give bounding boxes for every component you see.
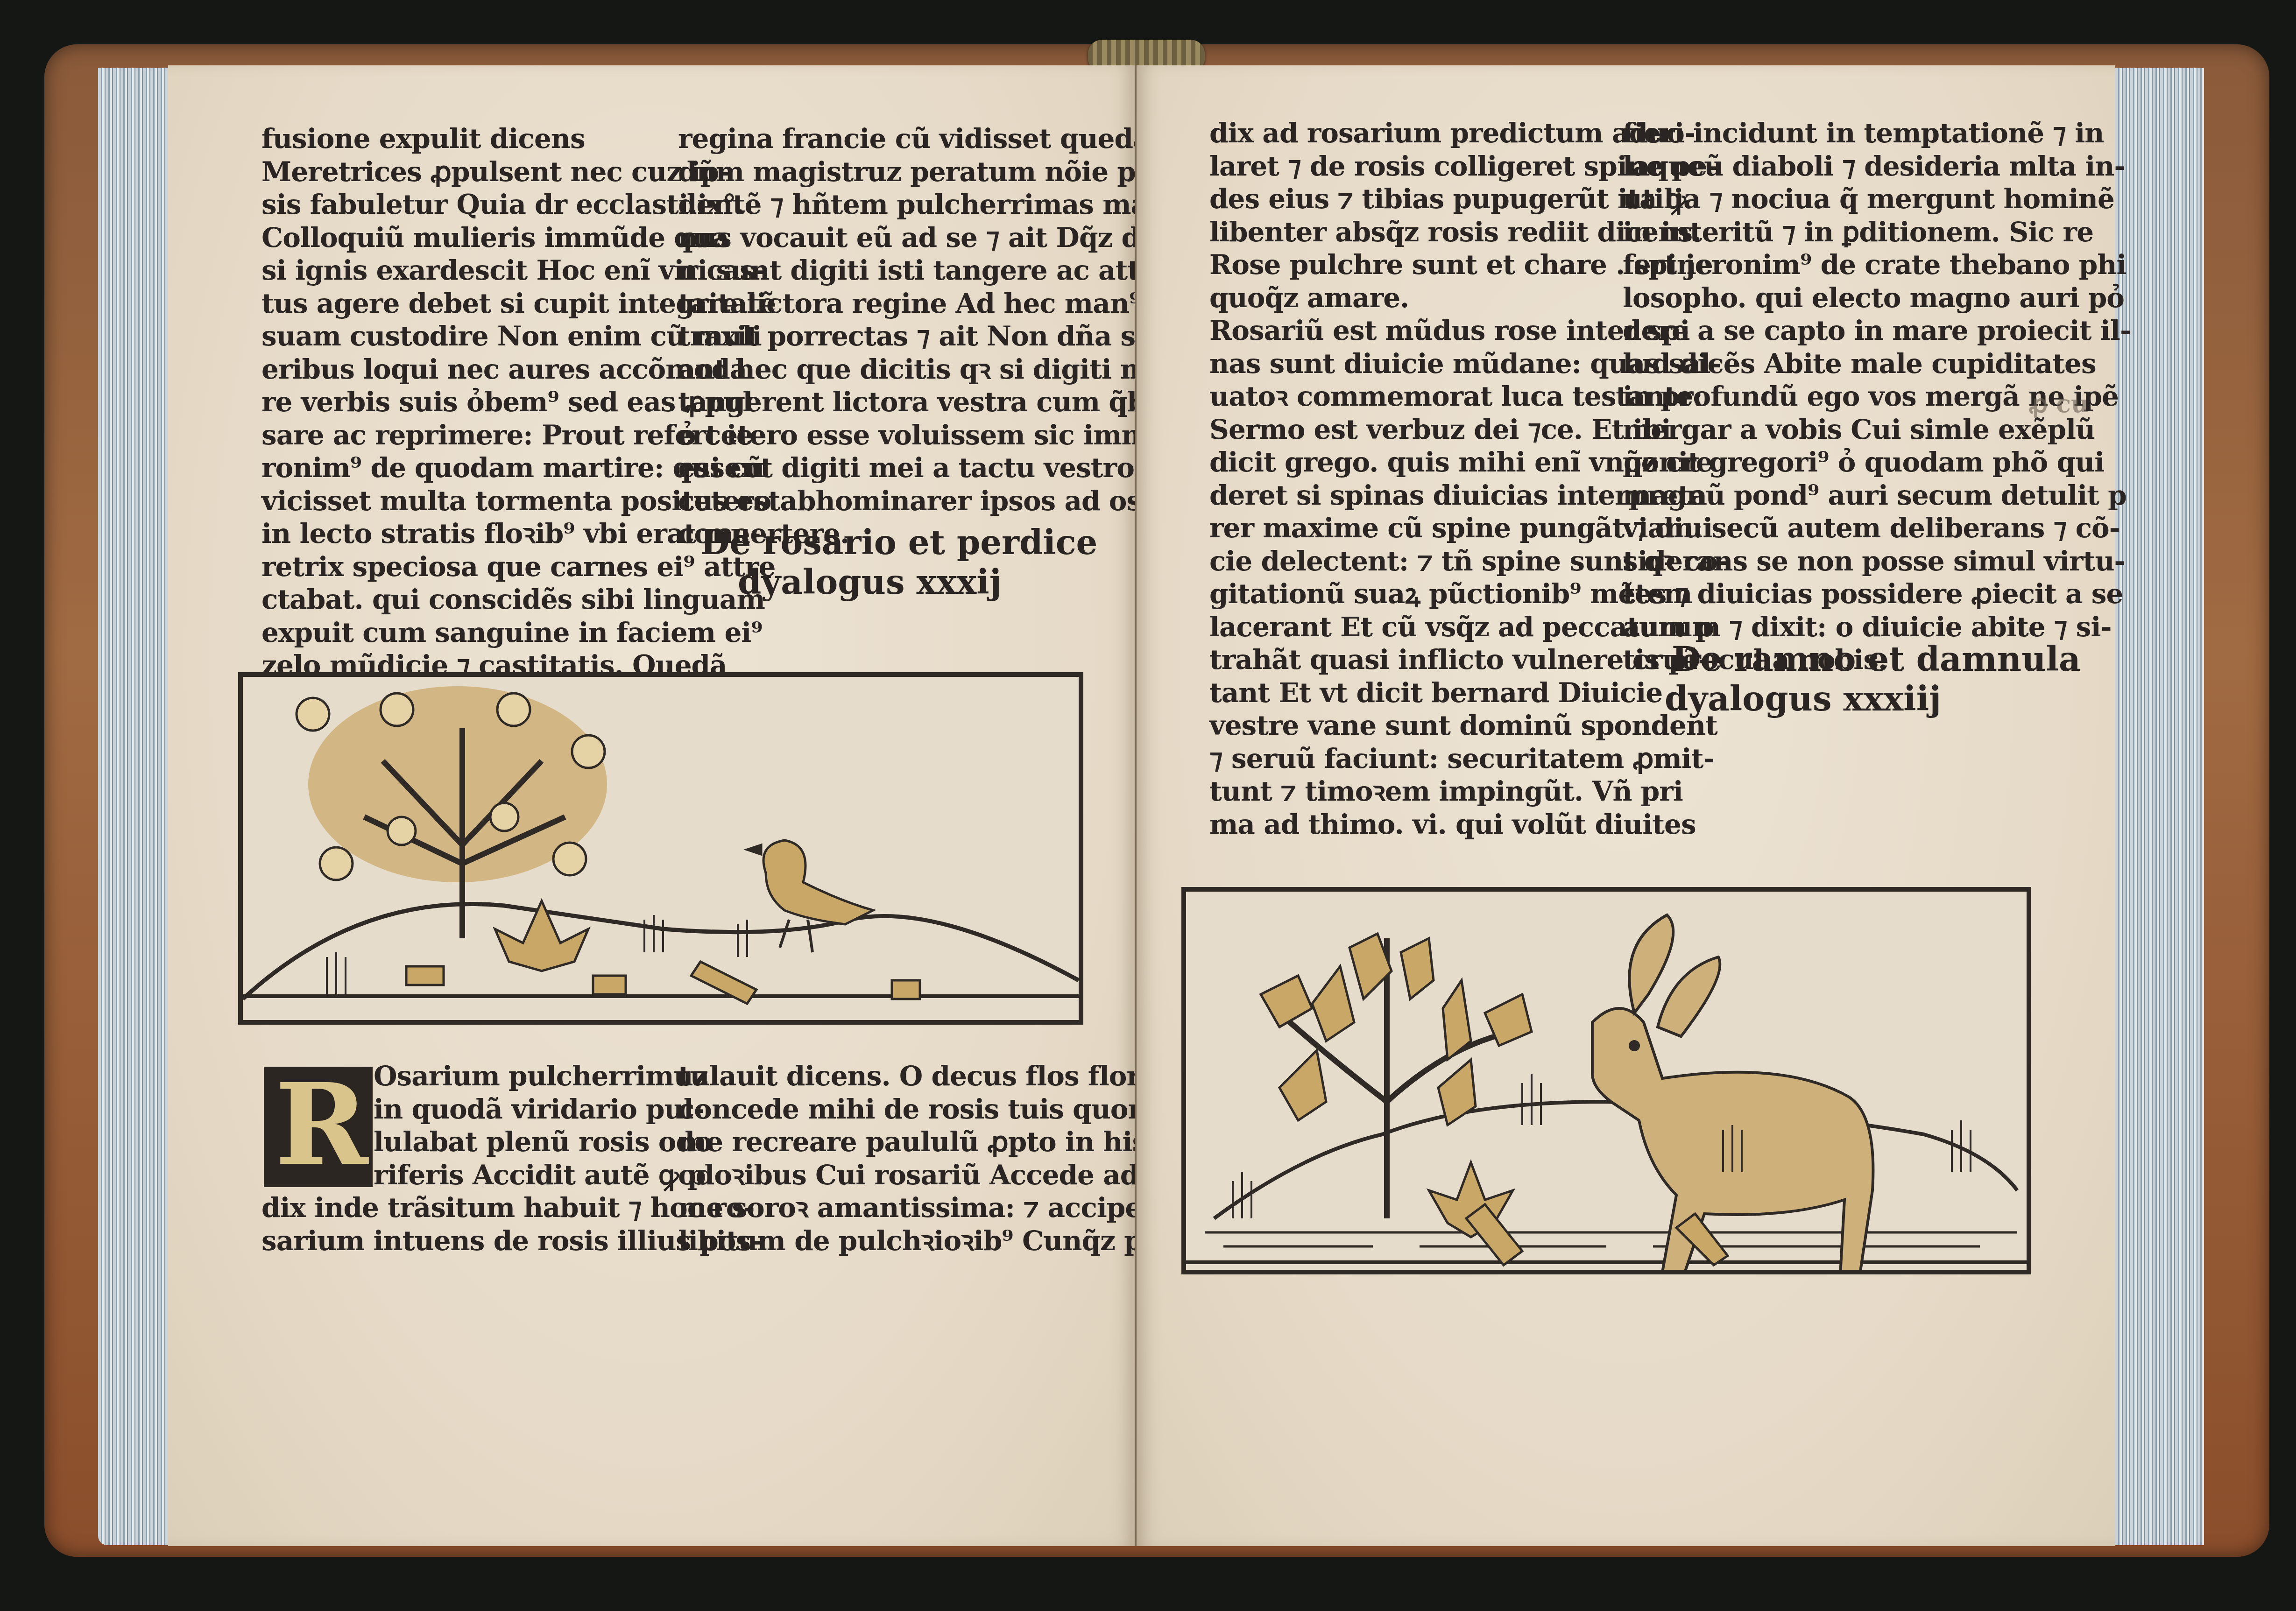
text-line: lud dicẽs Abite male cupiditates	[1623, 347, 2131, 380]
text-line: cetero abhominarer ipsos ad os	[678, 485, 1197, 518]
text-line: odoꝛibus Cui rosariũ Accede ad	[678, 1159, 1187, 1192]
thorn-bush-goat-illustration	[1186, 892, 2027, 1270]
chapter-heading-left-2: dyalogus xxxij	[738, 563, 1002, 602]
text-line: dñm magistruz peratum nõie pru	[678, 155, 1197, 189]
text-line: tangerent lictora vestra cum q̃bus	[678, 386, 1197, 419]
text-line: lulabat plenũ rosis odo	[374, 1126, 712, 1159]
woodcut-rose-partridge	[238, 672, 1083, 1025]
left-page-column-2: regina francie cũ vidisset quedam dñm ma…	[678, 122, 1197, 550]
text-line: nus vocauit eũ ad se ⁊ ait Dq̃z dig	[678, 221, 1197, 254]
text-line: dere a se capto in mare proiecit il-	[1623, 314, 2131, 347]
text-line: losopho. qui electo magno auri pỏ	[1623, 281, 2131, 315]
margin-annotation: ꝓ cu	[2029, 390, 2089, 418]
text-line: ni sunt digiti isti tangere ac attrec-	[678, 254, 1197, 287]
initial-letter: R	[275, 1064, 368, 1185]
text-line: traxit porrectas ⁊ ait Non dña si	[678, 320, 1197, 353]
woodcut-buckthorn-goat	[1181, 887, 2031, 1274]
chapter-heading-right-1: De ramno et damnula	[1672, 640, 2081, 679]
text-line: vestre vane sunt dominũ spondent	[1209, 709, 1728, 742]
text-line: concede mihi de rosis tuis quoniã	[678, 1093, 1187, 1126]
text-line: in interitũ ⁊ in ꝑditionem. Sic re	[1623, 216, 2131, 249]
text-line: riferis Accidit autẽ ꝙ p	[374, 1159, 712, 1192]
text-line: tunt ⁊ timoꝛem impingũt. Vñ pri	[1209, 775, 1728, 808]
chapter-heading-right-2: dyalogus xxxiij	[1665, 679, 1941, 718]
text-line: utilia ⁊ nociua q̃ mergunt hominẽ	[1623, 183, 2131, 216]
text-line: ỏ cetero esse voluissem sic immũdi	[678, 419, 1197, 452]
text-line: me soroꝛ amantissima: ⁊ accipe ad	[678, 1191, 1187, 1224]
text-line: siderans se non posse simul virtu-	[1623, 545, 2131, 578]
left-page-lower-column-1a: Osarium pulcherrimuz in quodã viridario …	[374, 1060, 712, 1191]
chapter-heading-left-1: De rosario et perdice	[700, 523, 1097, 562]
text-line: tant Et vt dicit bernard Diuicie	[1209, 676, 1728, 710]
text-line: expuit cum sanguine in faciem ei⁹	[261, 616, 780, 649]
text-line: in quodã viridario pul-	[374, 1093, 712, 1126]
text-line: tulauit dicens. O decus flos florũ	[678, 1060, 1187, 1093]
text-line: essent digiti mei a tactu vestro ꝙ ỏ	[678, 451, 1197, 485]
decorated-initial-R: R	[264, 1067, 373, 1187]
text-line: ⁊ seruũ faciunt: securitatem ꝓmit-	[1209, 742, 1728, 775]
text-line: me recreare paululũ ꝓpto in his	[678, 1126, 1187, 1159]
text-line: tes ⁊ diuicias possidere ꝓiecit a se	[1623, 577, 2131, 611]
text-line: fert jeronim⁹ de crate thebano phi	[1623, 248, 2131, 281]
text-line: ctabat. qui conscidẽs sibi linguam	[261, 583, 780, 616]
text-line: fieri incidunt in temptationẽ ⁊ in	[1623, 117, 2131, 150]
text-line: dentẽ ⁊ hñtem pulcherrimas ma-	[678, 188, 1197, 221]
text-line: ponit gregori⁹ ỏ quodam phõ qui	[1623, 446, 2131, 479]
text-line: regina francie cũ vidisset quedam	[678, 122, 1197, 155]
left-fore-edge	[98, 68, 168, 1545]
rose-tree-partridge-illustration	[243, 677, 1079, 1020]
text-line: aurum ⁊ dixit: o diuicie abite ⁊ si-	[1623, 611, 2131, 644]
text-line: Osarium pulcherrimuz	[374, 1060, 712, 1093]
text-line: tare lictora regine Ad hec man⁹ re	[678, 287, 1197, 320]
text-line: magnũ pond⁹ auri secum detulit p	[1623, 479, 2131, 512]
text-line: viam: secũ autem deliberans ⁊ cõ-	[1623, 512, 2131, 545]
text-line: ant hec que dicitis qꝛ si digiti mei	[678, 353, 1197, 386]
text-line: laqueũ diaboli ⁊ desideria mlta in-	[1623, 150, 2131, 183]
left-page-lower-column-2: tulauit dicens. O decus flos florũ conce…	[678, 1060, 1187, 1257]
text-line: ma ad thimo. vi. qui volũt diuites	[1209, 808, 1728, 841]
text-line: libitum de pulchꝛioꝛib⁹ Cunq̃z p-	[678, 1224, 1187, 1258]
